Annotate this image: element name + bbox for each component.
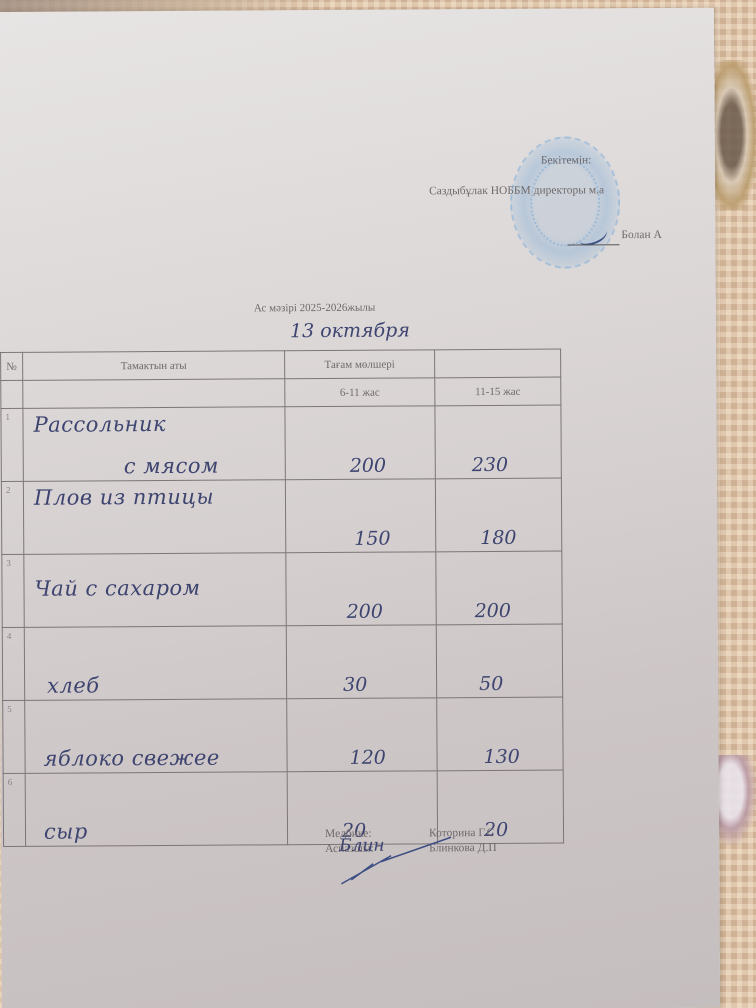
header-dish-name: Тамактын аты	[23, 351, 285, 381]
qty-6-11: 200	[347, 601, 383, 623]
qty-cell: 30	[286, 625, 436, 699]
header-number: №	[1, 352, 23, 380]
document-title: Ас мәзірі 2025-2026жылы	[254, 302, 375, 315]
row-number: 3	[2, 554, 24, 627]
qty-cell: 200	[436, 551, 562, 625]
qty-11-15: 200	[475, 600, 511, 622]
dish-cell: Чай с сахаром	[24, 553, 286, 628]
dish-name: хлеб	[47, 673, 100, 697]
header-age-11-15: 11-15 жас	[435, 377, 561, 406]
table-subheader-row: 6-11 жас 11-15 жас	[1, 377, 561, 408]
table-row: 4 хлеб 30 50	[2, 624, 562, 700]
qty-cell: 180	[435, 478, 561, 552]
qty-cell: 130	[437, 697, 563, 771]
qty-6-11: 200	[350, 455, 386, 477]
approval-name: Болан А	[621, 229, 661, 241]
dish-cell: Рассольник с мясом	[23, 407, 285, 482]
row-number: 2	[1, 481, 23, 554]
qty-cell: 150	[285, 479, 435, 553]
qty-cell: 50	[436, 624, 562, 698]
qty-11-15: 130	[483, 746, 519, 768]
qty-11-15: 230	[472, 454, 508, 476]
table-row: 5 яблоко свежее 120 130	[3, 697, 563, 773]
handwritten-date: 13 октября	[290, 319, 410, 342]
table-row: 2 Плов из птицы 150 180	[1, 478, 561, 554]
dish-name: яблоко свежее	[43, 746, 219, 771]
qty-cell: 230	[435, 405, 561, 479]
menu-table: № Тамактын аты Тағам мөлшері 6-11 жас 11…	[0, 349, 564, 847]
signature-stroke	[331, 831, 461, 892]
dish-cell: хлеб	[24, 626, 286, 701]
header-portion: Тағам мөлшері	[285, 350, 435, 379]
qty-6-11: 30	[343, 674, 367, 696]
row-number: 4	[2, 627, 24, 700]
qty-cell: 120	[287, 698, 437, 772]
qty-6-11: 120	[349, 747, 385, 769]
qty-6-11: 150	[354, 528, 390, 550]
header-empty	[435, 349, 561, 378]
row-number: 6	[3, 773, 25, 846]
dish-name: Плов из птицы	[34, 485, 214, 510]
background-decoration	[715, 60, 756, 210]
dish-cell: яблоко свежее	[25, 699, 287, 774]
dish-name: сыр	[44, 819, 88, 843]
row-number: 5	[3, 700, 25, 773]
dish-cell: Плов из птицы	[23, 480, 285, 555]
qty-11-15: 50	[479, 673, 503, 695]
menu-document: Бекітемін: Саздыбұлак НОББМ директоры м.…	[0, 8, 720, 1008]
table-header-row: № Тамактын аты Тағам мөлшері	[1, 349, 561, 380]
table-row: 1 Рассольник с мясом 200 230	[1, 405, 561, 481]
dish-name: Чай с сахаром	[34, 576, 200, 601]
dish-cell: сыр	[25, 772, 287, 847]
approval-position: Саздыбұлак НОББМ директоры м.а	[429, 184, 604, 197]
subheader-empty	[1, 380, 23, 408]
dish-name: Рассольник	[33, 412, 166, 437]
qty-cell: 200	[286, 552, 436, 626]
header-age-6-11: 6-11 жас	[285, 378, 435, 407]
qty-cell: 200	[285, 406, 435, 480]
dish-name-cont: с мясом	[124, 454, 219, 479]
signature-line	[567, 244, 619, 245]
subheader-empty	[23, 379, 285, 409]
qty-11-15: 180	[480, 527, 516, 549]
table-row: 3 Чай с сахаром 200 200	[2, 551, 562, 627]
approval-label: Бекітемін:	[541, 154, 592, 166]
row-number: 1	[1, 408, 23, 481]
